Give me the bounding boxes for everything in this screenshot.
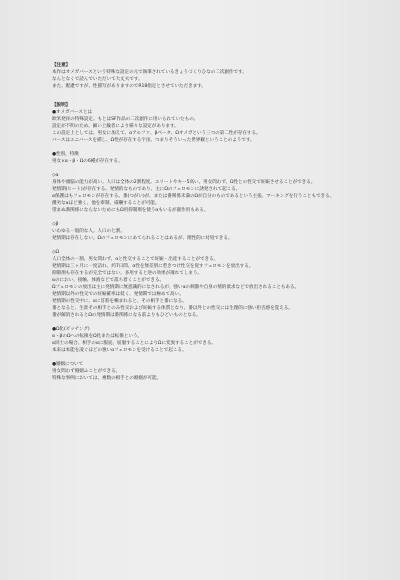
section-title: ●性別、特徴 (52, 151, 352, 158)
body-line: バースはエニバースを描し、Ω性が存在する宇宙、つまりそういった世界観ということの… (52, 137, 352, 144)
section-title: ●オメガバースとは (52, 109, 352, 116)
notice-heading: 【注意】 (52, 62, 352, 69)
notice-line: 本作はオメガバースという特殊な設定の元で執筆されているきょうづくりひなの二次創作… (52, 69, 352, 76)
body-line: 設定が不明のため、細い上級者により様々な設定があります。 (52, 123, 352, 130)
notice-line: また、配慮ですが、性描写がありますのでR18指定とさせていただきます。 (52, 83, 352, 90)
body-line: 発情期は存在しない。Ωのフェロモンにあてられることはあるが、理性的に対処できる。 (52, 235, 352, 242)
section-title: ●婚姻について (52, 361, 352, 368)
body-line: 発情期(ヒート)が存在する。発情的なものであり、主にΩのフェロモンに誘発されて起… (52, 186, 352, 193)
body-line: α同士の場合、相手のαに服従、屈服することによりΩに変異することができる。 (52, 340, 352, 347)
document-page: 【注意】 本作はオメガバースという特殊な設定の元で執筆されているきょうづくりひな… (52, 62, 352, 382)
spacer (52, 354, 352, 361)
body-line: 男女問わず婚姻ふことができる。 (52, 368, 352, 375)
body-line: 望まぬ番関係にならないためにもΩ用抑制剤を使うαもいるが副作用もある。 (52, 207, 352, 214)
body-line: 男女×α・β・Ωの6種が存在する。 (52, 158, 352, 165)
spacer (52, 214, 352, 221)
explanation-heading: 【説明】 (52, 102, 352, 109)
subsection-title: ◇β (52, 221, 352, 228)
body-line: Ωフェロモンの放出は主に発情期に無意識的になされるが、強いαの刺激や自身の情的欲… (52, 284, 352, 291)
section-title: ●Ω化(ビッチング) (52, 326, 352, 333)
subsection-title: ◇α (52, 172, 352, 179)
spacer (52, 90, 352, 97)
spacer (52, 165, 352, 172)
spacer (52, 242, 352, 249)
body-line: α保護はもフェロモンが存在する。番(つがい)が、または番関係未満のΩが自分のもの… (52, 193, 352, 200)
body-line: 人口全体の一割。男女問わず、αと性交することで妊娠・出産することができる。 (52, 256, 352, 263)
body-line: αのにおい、接触、体液などで落ち着くことができる。 (52, 277, 352, 284)
subsection-title: ◇Ω (52, 249, 352, 256)
body-line: 欧米発祥の特殊設定。もとはSF作品の二次創作に用いられていたもの。 (52, 116, 352, 123)
body-line: 特殊な事例においては、複数の相手との婚姻が可能。 (52, 375, 352, 382)
body-line: 発情期の性交中に、αに首筋を噛まれると、その相手と番になる。 (52, 298, 352, 305)
body-line: この設定上としては、男女に加えて、αアルファ、βベータ、Ωオメガという三つの第二… (52, 130, 352, 137)
body-line: α・βのΩへの転換をΩ化または転換という。 (52, 333, 352, 340)
body-line: 番が解消されるとΩの発情期は番関係になる前よりもひどいものとなる。 (52, 312, 352, 319)
spacer (52, 144, 352, 151)
body-line: 発情期以外の性交での妊娠確率は低く、発情期では極めて高い。 (52, 291, 352, 298)
body-line: いわゆる一般的な人。人口の七割。 (52, 228, 352, 235)
body-line: 抑制剤も存在するが完全ではない。多用すると逆の効果が薄れてしまう。 (52, 270, 352, 277)
body-line: 優劣なαほど強く、他を牽制、威嚇することが可能。 (52, 200, 352, 207)
body-line: 番となると、生涯その相手とのみ性交および妊娠する体質となり、番以外との性交には生… (52, 305, 352, 312)
notice-line: なんとなくで読んでいただいて大丈夫です。 (52, 76, 352, 83)
body-line: 発情期は三ヶ月に一度訪れ、約7日間。α性を無差別に惹きつけ性交を促すフェロモンを… (52, 263, 352, 270)
body-line: 身体や頭脳の能力が高い。人口は全体の2割程度。エリートやキー5高い。男女問わず、… (52, 179, 352, 186)
body-line: 本来は本能を凌ぐほどの強いαフェロモンを受けることで起こる。 (52, 347, 352, 354)
spacer (52, 319, 352, 326)
